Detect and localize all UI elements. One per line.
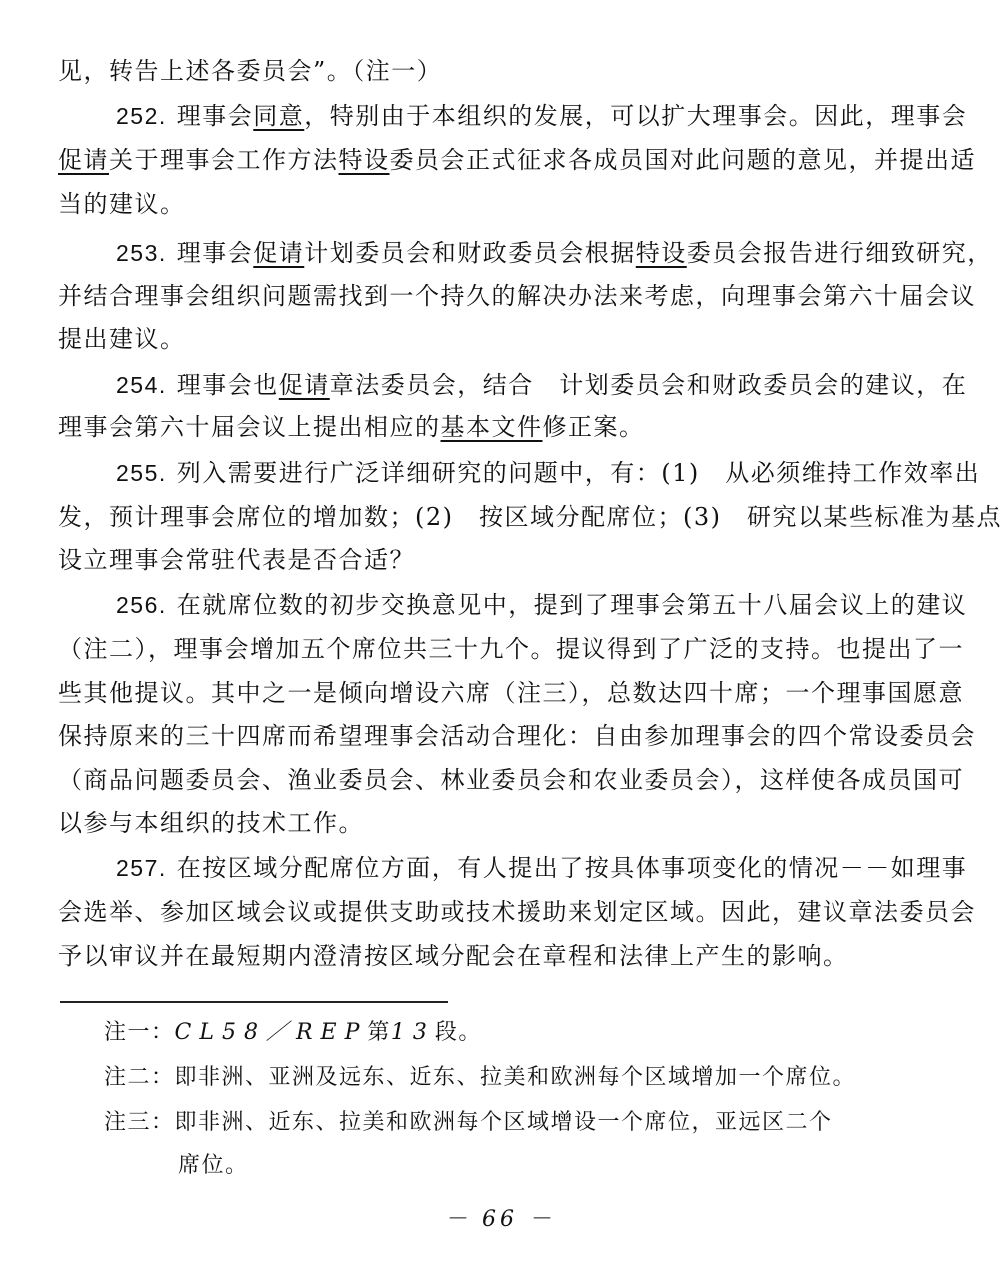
text: 理事会 bbox=[177, 102, 254, 130]
text-line: 理事会第六十届会议上提出相应的基本文件修正案。 bbox=[58, 412, 645, 442]
text-line: 促请关于理事会工作方法特设委员会正式征求各成员国对此问题的意见，并提出适 bbox=[58, 145, 976, 175]
underlined-term: 基本文件 bbox=[441, 413, 543, 441]
paragraph-252: 252.理事会同意，特别由于本组织的发展，可以扩大理事会。因此，理事会 bbox=[116, 101, 967, 131]
text-line: 当的建议。 bbox=[58, 189, 186, 219]
footnote-2: 注二：即非洲、亚洲及远东、近东、拉美和欧洲每个区域增加一个席位。 bbox=[104, 1064, 856, 1092]
paragraph-number: 254. bbox=[116, 372, 167, 398]
text: 理事会第六十届会议上提出相应的 bbox=[58, 413, 441, 441]
text: ，特别由于本组织的发展，可以扩大理事会。因此，理事会 bbox=[304, 102, 967, 130]
text: 关于理事会工作方法 bbox=[109, 146, 339, 174]
text-line: 并结合理事会组织问题需找到一个持久的解决办法来考虑，向理事会第六十届会议 bbox=[58, 281, 976, 311]
text-line: 保持原来的三十四席而希望理事会活动合理化：自由参加理事会的四个常设委员会 bbox=[58, 721, 976, 751]
footnote-1: 注一：CL58／REP第13段。 bbox=[104, 1019, 482, 1047]
underlined-term: 促请 bbox=[279, 371, 330, 399]
text-line: （注二），理事会增加五个席位共三十九个。提议得到了广泛的支持。也提出了一 bbox=[58, 634, 964, 664]
text-line: 以参与本组织的技术工作。 bbox=[58, 808, 364, 838]
text: 即非洲、近东、拉美和欧洲每个区域增设一个席位，亚远区二个 bbox=[175, 1110, 833, 1135]
text: 委员会正式征求各成员国对此问题的意见，并提出适 bbox=[390, 146, 977, 174]
text-line: 设立理事会常驻代表是否合适？ bbox=[58, 545, 415, 575]
text-line: 会选举、参加区域会议或提供支助或技术援助来划定区域。因此，建议章法委员会 bbox=[58, 897, 976, 927]
document-code: CL58／REP bbox=[175, 1020, 368, 1045]
text: 理事会也 bbox=[177, 371, 279, 399]
text: 段。 bbox=[435, 1020, 482, 1045]
paragraph-253: 253.理事会促请计划委员会和财政委员会根据特设委员会报告进行细致研究， bbox=[116, 238, 993, 268]
paragraph-257: 257.在按区域分配席位方面，有人提出了按具体事项变化的情况－－如理事 bbox=[116, 853, 967, 883]
paragraph-256: 256.在就席位数的初步交换意见中，提到了理事会第五十八届会议上的建议 bbox=[116, 590, 967, 620]
paragraph-number: 255. bbox=[116, 460, 167, 486]
underlined-term: 同意 bbox=[253, 102, 304, 130]
text: 理事会 bbox=[177, 239, 254, 267]
text: 在按区域分配席位方面，有人提出了按具体事项变化的情况－－如理事 bbox=[177, 854, 968, 882]
text: 章法委员会，结合 计划委员会和财政委员会的建议，在 bbox=[330, 371, 968, 399]
text: 列入需要进行广泛详细研究的问题中，有：(1) 从必须维持工作效率出 bbox=[177, 459, 981, 487]
text: 第 bbox=[367, 1020, 391, 1045]
footnote-3-continued: 席位。 bbox=[178, 1152, 249, 1180]
text-line: 提出建议。 bbox=[58, 324, 186, 354]
footnote-label: 注一： bbox=[104, 1020, 175, 1045]
underlined-term: 特设 bbox=[636, 239, 687, 267]
paragraph-number: 257. bbox=[116, 855, 167, 881]
paragraph-number: 256. bbox=[116, 592, 167, 618]
paragraph-number: 252. bbox=[116, 103, 167, 129]
text: 计划委员会和财政委员会根据 bbox=[304, 239, 636, 267]
footnote-3: 注三：即非洲、近东、拉美和欧洲每个区域增设一个席位，亚远区二个 bbox=[104, 1109, 833, 1137]
footnote-label: 注二： bbox=[104, 1065, 175, 1090]
paragraph-ref: 13 bbox=[391, 1020, 435, 1045]
underlined-term: 促请 bbox=[58, 146, 109, 174]
underlined-term: 特设 bbox=[339, 146, 390, 174]
text: 委员会报告进行细致研究， bbox=[687, 239, 993, 267]
text-line: 予以审议并在最短期内澄清按区域分配会在章程和法律上产生的影响。 bbox=[58, 941, 849, 971]
text: 在就席位数的初步交换意见中，提到了理事会第五十八届会议上的建议 bbox=[177, 591, 968, 619]
text-line: 些其他提议。其中之一是倾向增设六席（注三），总数达四十席；一个理事国愿意 bbox=[58, 678, 964, 708]
text: 即非洲、亚洲及远东、近东、拉美和欧洲每个区域增加一个席位。 bbox=[175, 1065, 857, 1090]
paragraph-number: 253. bbox=[116, 240, 167, 266]
page-number: － 66 － bbox=[0, 1202, 1000, 1233]
text: 修正案。 bbox=[543, 413, 645, 441]
text-line: 见，转告上述各委员会”。（注一） bbox=[58, 56, 442, 86]
paragraph-254: 254.理事会也促请章法委员会，结合 计划委员会和财政委员会的建议，在 bbox=[116, 370, 967, 400]
underlined-term: 促请 bbox=[253, 239, 304, 267]
footnote-label: 注三： bbox=[104, 1110, 175, 1135]
text-line: （商品问题委员会、渔业委员会、林业委员会和农业委员会），这样使各成员国可 bbox=[58, 765, 964, 795]
text-line: 发，预计理事会席位的增加数；(2) 按区域分配席位；(3) 研究以某些标准为基点… bbox=[58, 502, 1000, 532]
paragraph-255: 255.列入需要进行广泛详细研究的问题中，有：(1) 从必须维持工作效率出 bbox=[116, 458, 980, 488]
footnote-divider bbox=[60, 1001, 448, 1003]
